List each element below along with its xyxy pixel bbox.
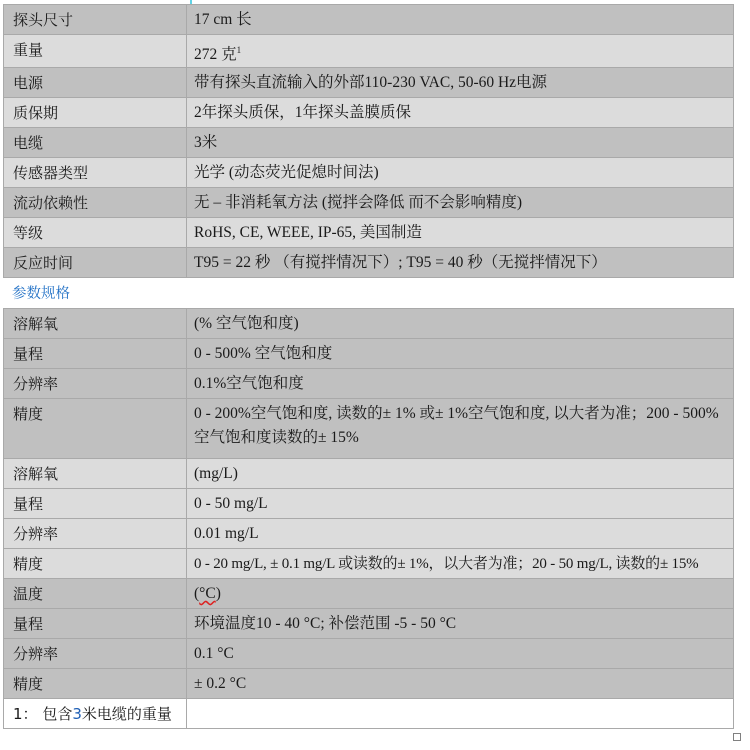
row-label: 传感器类型 <box>4 158 187 188</box>
table-row: 精度 0 - 200%空气饱和度, 读数的± 1% 或± 1%空气饱和度, 以大… <box>4 399 734 459</box>
table-row: 探头尺寸 17 cm 长 <box>4 5 734 35</box>
row-label: 重量 <box>4 35 187 68</box>
group-header-row: 溶解氧 (mg/L) <box>4 459 734 489</box>
row-label: 分辨率 <box>4 639 187 669</box>
group-header-row: 温度 (°C) <box>4 579 734 609</box>
row-label: 分辨率 <box>4 519 187 549</box>
row-value: 0 - 20 mg/L, ± 0.1 mg/L 或读数的± 1%，以大者为准；2… <box>187 549 734 579</box>
row-label: 精度 <box>4 399 187 459</box>
row-value: 0.1 °C <box>187 639 734 669</box>
row-label: 量程 <box>4 339 187 369</box>
group-unit: (% 空气饱和度) <box>187 309 734 339</box>
row-label: 电缆 <box>4 128 187 158</box>
weight-value: 272 克 <box>194 46 237 63</box>
table-resize-handle[interactable] <box>733 733 741 741</box>
footnote-row: 1： 包含3米电缆的重量 <box>4 699 734 729</box>
row-value: 0.1%空气饱和度 <box>187 369 734 399</box>
row-value: 2年探头质保，1年探头盖膜质保 <box>187 98 734 128</box>
row-value: 0 - 200%空气饱和度, 读数的± 1% 或± 1%空气饱和度, 以大者为准… <box>187 399 734 459</box>
table-row: 电源 带有探头直流输入的外部110-230 VAC, 50-60 Hz电源 <box>4 68 734 98</box>
row-value: 272 克1 <box>187 35 734 68</box>
table-row: 量程 0 - 50 mg/L <box>4 489 734 519</box>
row-value: 0 - 50 mg/L <box>187 489 734 519</box>
table-row: 等级 RoHS, CE, WEEE, IP-65, 美国制造 <box>4 218 734 248</box>
table-row: 精度 ± 0.2 °C <box>4 669 734 699</box>
spellcheck-underlined-text: °C <box>199 585 216 602</box>
table-row: 质保期 2年探头质保，1年探头盖膜质保 <box>4 98 734 128</box>
row-label: 流动依赖性 <box>4 188 187 218</box>
row-value: ± 0.2 °C <box>187 669 734 699</box>
section-title: 参数规格 <box>12 282 70 303</box>
group-unit: (°C) <box>187 579 734 609</box>
table-row: 分辨率 0.1%空气饱和度 <box>4 369 734 399</box>
row-label: 电源 <box>4 68 187 98</box>
row-value: 0 - 500% 空气饱和度 <box>187 339 734 369</box>
footnote: 1： 包含3米电缆的重量 <box>4 699 187 729</box>
row-value: 3米 <box>187 128 734 158</box>
footnote-ref: 1 <box>237 45 242 55</box>
table-row: 电缆 3米 <box>4 128 734 158</box>
empty-cell <box>187 699 734 729</box>
row-label: 量程 <box>4 489 187 519</box>
row-label: 质保期 <box>4 98 187 128</box>
row-value: 17 cm 长 <box>187 5 734 35</box>
general-specs-table: 探头尺寸 17 cm 长 重量 272 克1 电源 带有探头直流输入的外部110… <box>3 4 734 278</box>
row-label: 反应时间 <box>4 248 187 278</box>
group-name: 温度 <box>4 579 187 609</box>
row-label: 精度 <box>4 549 187 579</box>
table-row: 分辨率 0.1 °C <box>4 639 734 669</box>
table-row: 传感器类型 光学 (动态荧光促熄时间法) <box>4 158 734 188</box>
row-value: 环境温度10 - 40 °C; 补偿范围 -5 - 50 °C <box>187 609 734 639</box>
group-name: 溶解氧 <box>4 309 187 339</box>
row-label: 探头尺寸 <box>4 5 187 35</box>
row-label: 分辨率 <box>4 369 187 399</box>
table-row: 重量 272 克1 <box>4 35 734 68</box>
row-value: 带有探头直流输入的外部110-230 VAC, 50-60 Hz电源 <box>187 68 734 98</box>
row-value: T95 = 22 秒 （有搅拌情况下）; T95 = 40 秒（无搅拌情况下） <box>187 248 734 278</box>
value-line-1: 0 - 200%空气饱和度, 读数的± 1% 或± 1%空气饱和度, 以大者为准… <box>194 402 733 426</box>
row-label: 等级 <box>4 218 187 248</box>
table-row: 分辨率 0.01 mg/L <box>4 519 734 549</box>
table-row: 量程 环境温度10 - 40 °C; 补偿范围 -5 - 50 °C <box>4 609 734 639</box>
table-row: 量程 0 - 500% 空气饱和度 <box>4 339 734 369</box>
table-row: 精度 0 - 20 mg/L, ± 0.1 mg/L 或读数的± 1%，以大者为… <box>4 549 734 579</box>
table-row: 反应时间 T95 = 22 秒 （有搅拌情况下）; T95 = 40 秒（无搅拌… <box>4 248 734 278</box>
row-value: 0.01 mg/L <box>187 519 734 549</box>
value-line-2: 空气饱和度读数的± 15% <box>194 426 733 450</box>
group-unit: (mg/L) <box>187 459 734 489</box>
row-value: RoHS, CE, WEEE, IP-65, 美国制造 <box>187 218 734 248</box>
group-name: 溶解氧 <box>4 459 187 489</box>
row-label: 量程 <box>4 609 187 639</box>
parameter-specs-table: 溶解氧 (% 空气饱和度) 量程 0 - 500% 空气饱和度 分辨率 0.1%… <box>3 308 734 729</box>
table-row: 流动依赖性 无 – 非消耗氧方法 (搅拌会降低 而不会影响精度) <box>4 188 734 218</box>
row-label: 精度 <box>4 669 187 699</box>
row-value: 光学 (动态荧光促熄时间法) <box>187 158 734 188</box>
group-header-row: 溶解氧 (% 空气饱和度) <box>4 309 734 339</box>
row-value: 无 – 非消耗氧方法 (搅拌会降低 而不会影响精度) <box>187 188 734 218</box>
